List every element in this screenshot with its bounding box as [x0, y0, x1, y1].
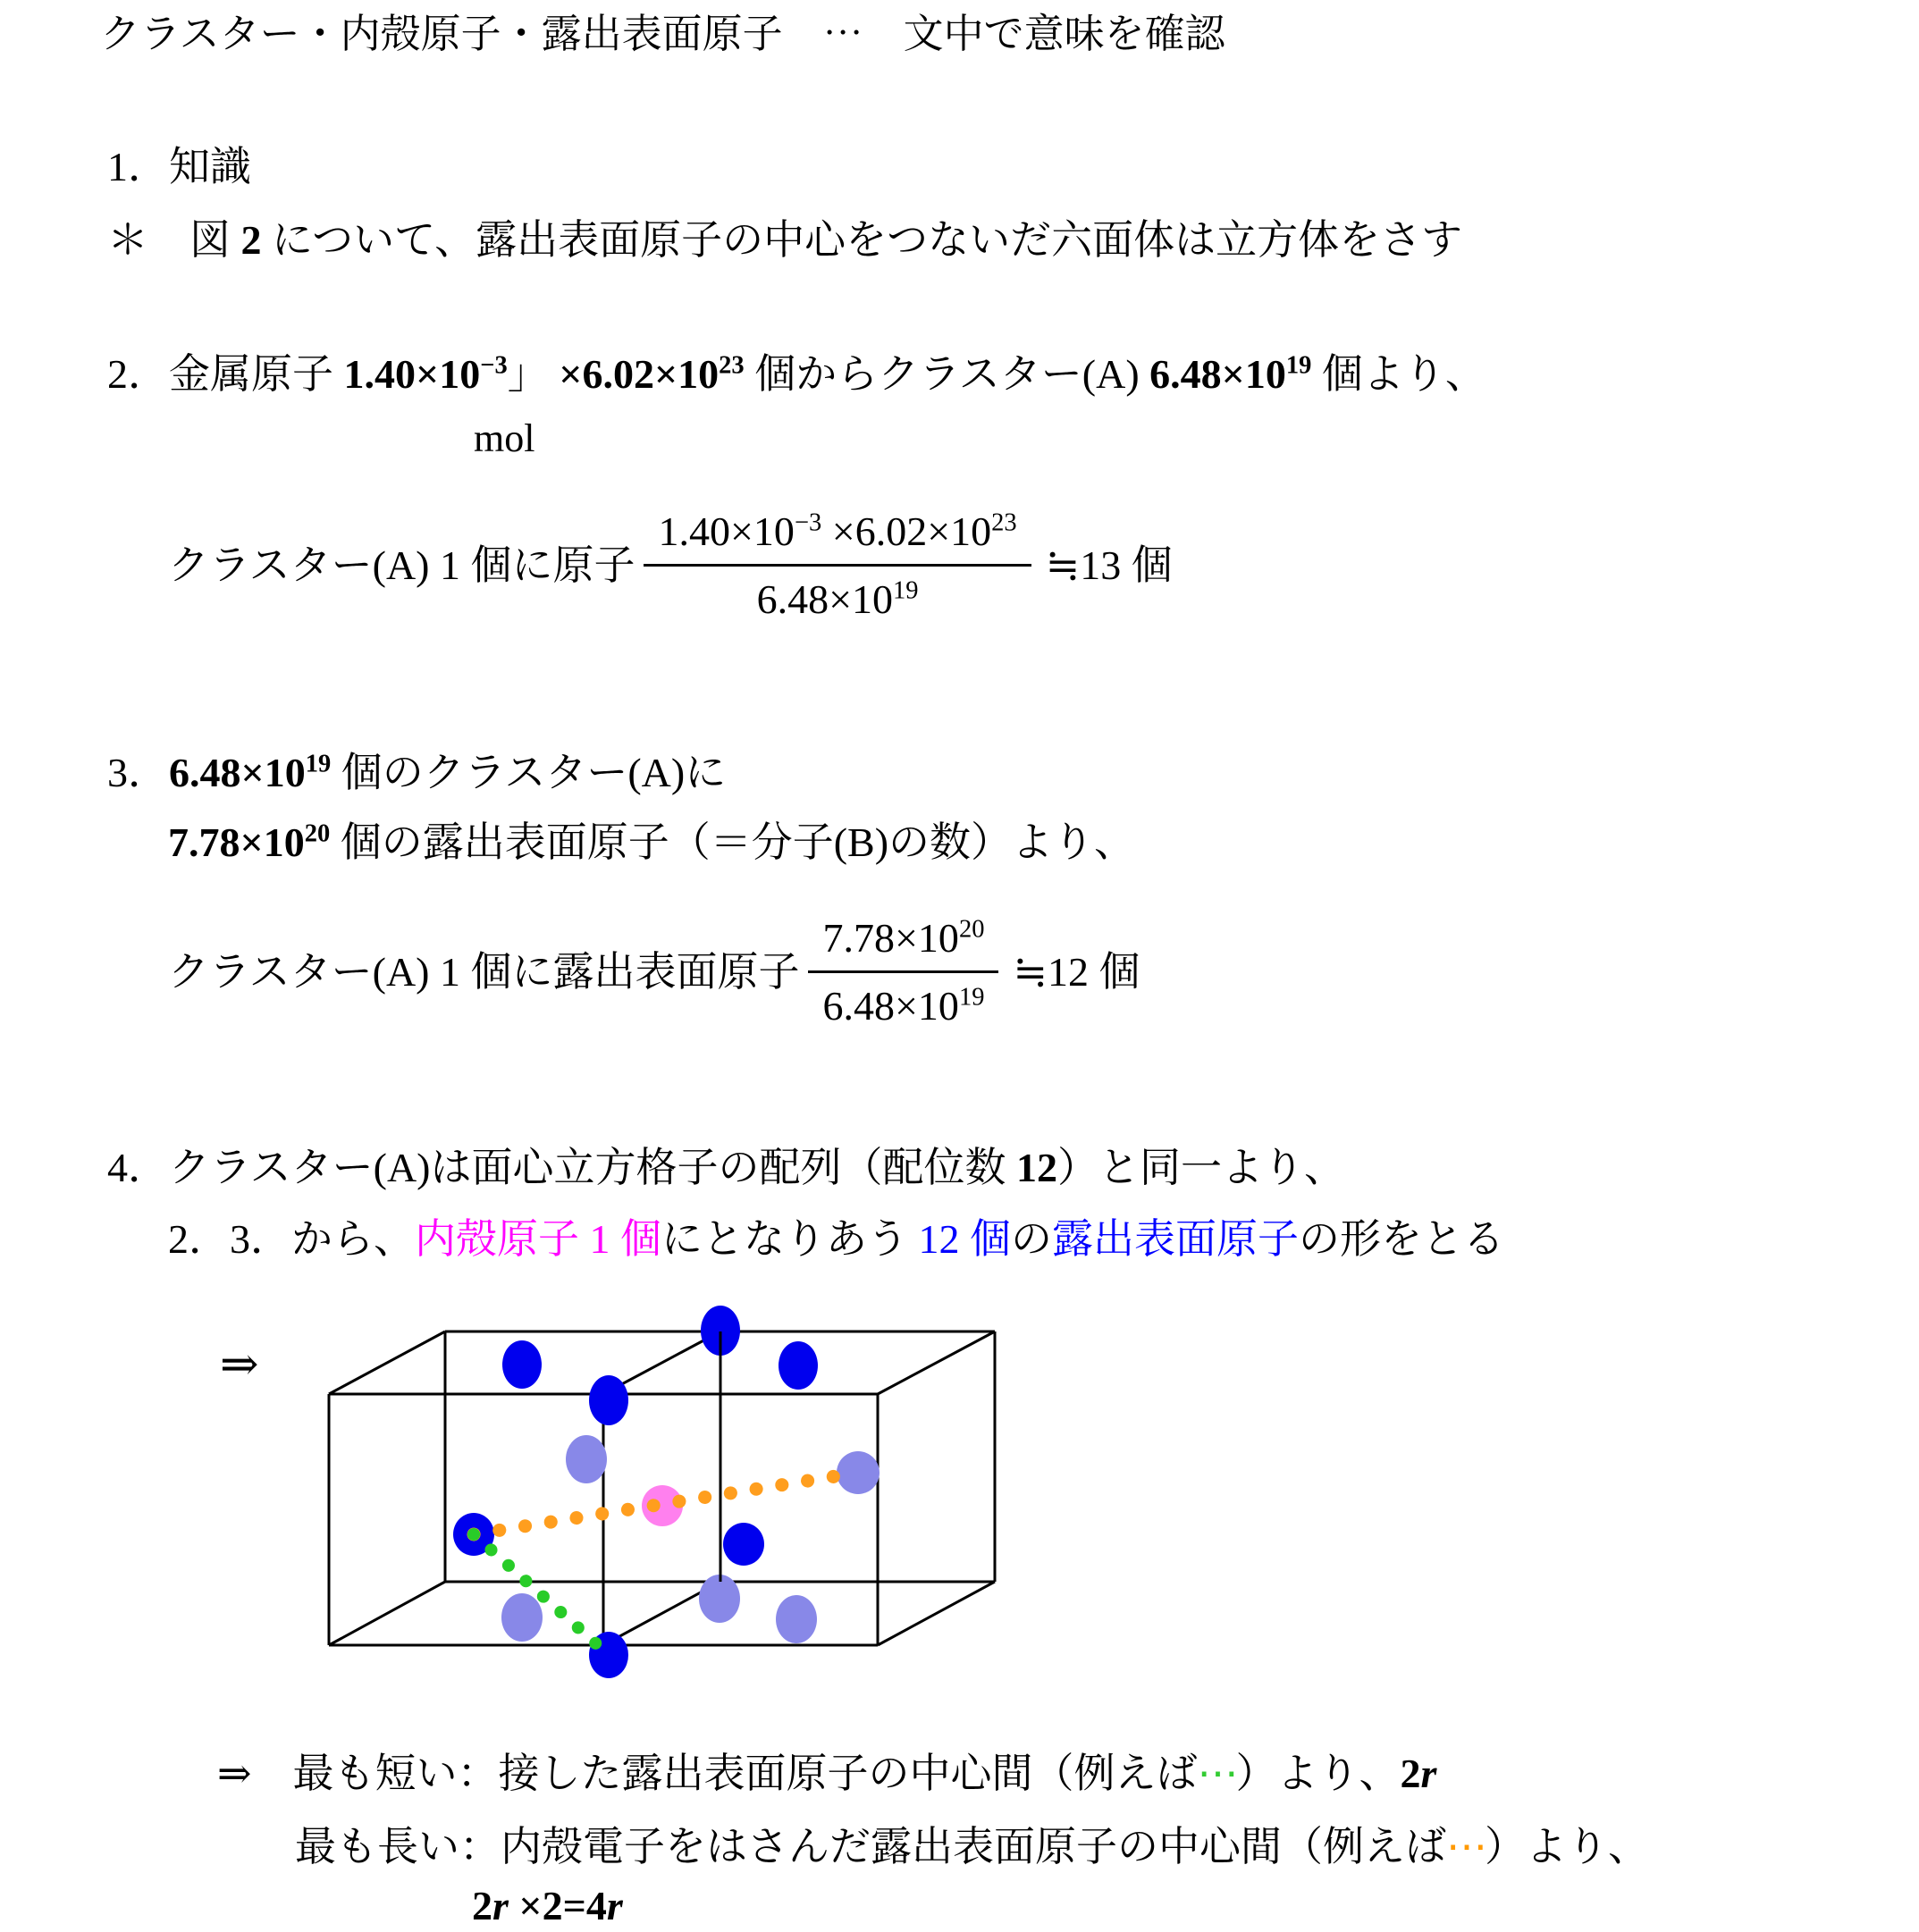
- section3-line-2: 7.78×1020 個の露出表面原子（＝分子(B)の数）より、: [168, 817, 1135, 869]
- text-run: ⋯: [1198, 1751, 1236, 1796]
- atom-core-center: [642, 1485, 683, 1526]
- atom-front-top-middle: [589, 1375, 628, 1425]
- document-page: クラスター・内殻原子・露出表面原子 ⋯ 文中で意味を確認 1．知識 ＊ 図 2 …: [0, 0, 1919, 1929]
- section4-line-1: 4．クラスター(A)は面心立方格子の配列（配位数 12）と同一より、: [107, 1142, 1345, 1194]
- text-run: 7.78×10: [168, 819, 305, 865]
- text-run: 19: [306, 751, 332, 778]
- text-run: ×6.02×10: [559, 351, 719, 397]
- text-run: 23: [719, 352, 745, 380]
- text-run: ）と同一より、: [1057, 1145, 1345, 1190]
- diagram-arrow: ⇒: [220, 1336, 259, 1394]
- conclusion-longest-line: 最も長い：内殻電子をはさんだ露出表面原子の中心間（例えば⋯）より、: [295, 1821, 1649, 1873]
- box-edge: [329, 1331, 445, 1394]
- text-run: について、露出表面原子の中心をつないだ六面体は立方体をさす: [262, 217, 1463, 263]
- section3-line-1: 3．6.48×1019 個のクラスター(A)に: [107, 747, 726, 799]
- text-run: 個からクラスター(A): [745, 351, 1149, 397]
- text-run: 露出表面原子: [1052, 1216, 1299, 1262]
- text-run: 最も長い：内殻電子をはさんだ露出表面原子の中心間（例えば: [295, 1824, 1446, 1869]
- atom-top-face-right: [779, 1341, 818, 1390]
- text-run: 」: [508, 351, 560, 397]
- text-run: ⋯: [1446, 1824, 1485, 1869]
- shortest-distance-line: [474, 1534, 609, 1655]
- atom-top-middle: [701, 1306, 740, 1356]
- atom-front-face-left: [453, 1513, 494, 1556]
- text-run: 個の露出表面原子（＝分子(B)の数）より、: [330, 819, 1135, 865]
- text-run: 12 個: [919, 1216, 1012, 1262]
- fraction: 1.40×10−3 ×6.02×1023 6.48×1019: [644, 506, 1031, 626]
- text-run: ）より、: [1485, 1824, 1649, 1869]
- conclusion-shortest-line: ⇒ 最も短い：接した露出表面原子の中心間（例えば⋯）より、2r: [217, 1748, 1436, 1800]
- text-run: 1.40×10: [658, 508, 794, 554]
- text-run: にとなりあう: [661, 1216, 919, 1262]
- mol-unit-label: mol: [474, 414, 534, 463]
- text-run: 1.40×10: [344, 351, 481, 397]
- atom-back-face-right: [837, 1451, 880, 1494]
- formula-result: ≒12 個: [1013, 946, 1140, 998]
- text-run: 2: [1401, 1751, 1421, 1796]
- conclusion-result-line: 2r ×2=4r: [472, 1880, 623, 1932]
- box-edge: [878, 1582, 995, 1645]
- text-run: ⇒ 最も短い：接した露出表面原子の中心間（例えば: [217, 1751, 1198, 1796]
- text-run: ＊ 図: [107, 217, 241, 263]
- formula-lead-text: クラスター(A) 1 個に原子: [168, 540, 635, 592]
- atom-front-bottom-middle: [589, 1632, 628, 1678]
- text-run: 2: [241, 217, 262, 263]
- text-run: 6.48×10: [169, 750, 306, 795]
- text-run: 12: [1016, 1145, 1057, 1190]
- fraction-denominator: 6.48×1019: [743, 567, 933, 626]
- atom-bottom-face-right: [776, 1595, 817, 1643]
- section4-line-2: 2．3．から、内殻原子 1 個にとなりあう 12 個の露出表面原子の形をとる: [168, 1214, 1504, 1265]
- box-edge: [603, 1582, 720, 1645]
- text-run: 7.78×10: [822, 915, 958, 961]
- formula-lead-text: クラスター(A) 1 個に露出表面原子: [168, 946, 799, 998]
- text-run: 3．: [107, 750, 169, 795]
- atom-back-face-left: [566, 1435, 607, 1483]
- title-line: クラスター・内殻原子・露出表面原子 ⋯ 文中で意味を確認: [100, 9, 1225, 59]
- text-run: 19: [893, 577, 919, 605]
- text-run: クラスター・内殻原子・露出表面原子 ⋯ 文中で意味を確認: [100, 12, 1225, 56]
- text-run: 19: [1286, 352, 1312, 380]
- box-edge: [329, 1582, 445, 1645]
- text-run: 19: [959, 984, 985, 1012]
- text-run: ）より、: [1236, 1751, 1401, 1796]
- fraction: 7.78×1020 6.48×1019: [808, 912, 998, 1032]
- text-run: r: [607, 1883, 623, 1928]
- section2-line: 2．金属原子 1.40×10−3」 ×6.02×1023 個からクラスター(A)…: [107, 349, 1486, 400]
- text-run: 4．クラスター(A)は面心立方格子の配列（配位数: [107, 1145, 1016, 1190]
- text-run: 2．金属原子: [107, 351, 344, 397]
- text-run: 6.48×10: [822, 983, 958, 1029]
- fraction-numerator: 7.78×1020: [808, 912, 998, 974]
- text-run: r: [1421, 1751, 1437, 1796]
- text-run: 2: [472, 1883, 492, 1928]
- text-run: 2．3．から、: [168, 1216, 415, 1262]
- box-edge: [878, 1331, 995, 1394]
- atom-bottom-face-left: [501, 1593, 543, 1642]
- text-run: 個のクラスター(A)に: [331, 750, 726, 795]
- atom-front-face-right: [723, 1523, 764, 1566]
- text-run: −3: [480, 352, 508, 380]
- fraction-denominator: 6.48×1019: [808, 973, 998, 1032]
- text-run: 20: [959, 915, 985, 943]
- text-run: ×2=4: [509, 1883, 607, 1928]
- text-run: r: [492, 1883, 509, 1928]
- box-edge: [603, 1331, 720, 1394]
- longest-distance-line: [474, 1473, 858, 1534]
- text-run: 6.48×10: [757, 576, 893, 622]
- text-run: 内殻原子 1 個: [415, 1216, 661, 1262]
- fraction-numerator: 1.40×10−3 ×6.02×1023: [644, 506, 1031, 567]
- text-run: の: [1011, 1216, 1052, 1262]
- atom-bottom-back-middle: [699, 1575, 740, 1623]
- formula-atoms-per-cluster: クラスター(A) 1 個に原子 1.40×10−3 ×6.02×1023 6.4…: [168, 487, 1173, 643]
- text-run: 23: [991, 508, 1017, 536]
- formula-result: ≒13 個: [1046, 540, 1173, 592]
- text-run: 個より、: [1311, 351, 1486, 397]
- atom-top-face-left: [502, 1340, 542, 1389]
- text-run: ×6.02×10: [821, 508, 991, 554]
- text-run: −3: [795, 508, 821, 536]
- section1-note: ＊ 図 2 について、露出表面原子の中心をつないだ六面体は立方体をさす: [107, 214, 1462, 266]
- text-run: 6.48×10: [1149, 351, 1286, 397]
- text-run: 20: [305, 820, 331, 848]
- text-run: 1．知識: [107, 144, 251, 189]
- text-run: の形をとる: [1299, 1216, 1504, 1262]
- formula-surface-atoms-per-cluster: クラスター(A) 1 個に露出表面原子 7.78×1020 6.48×1019 …: [168, 894, 1140, 1050]
- section1-heading: 1．知識: [107, 141, 251, 193]
